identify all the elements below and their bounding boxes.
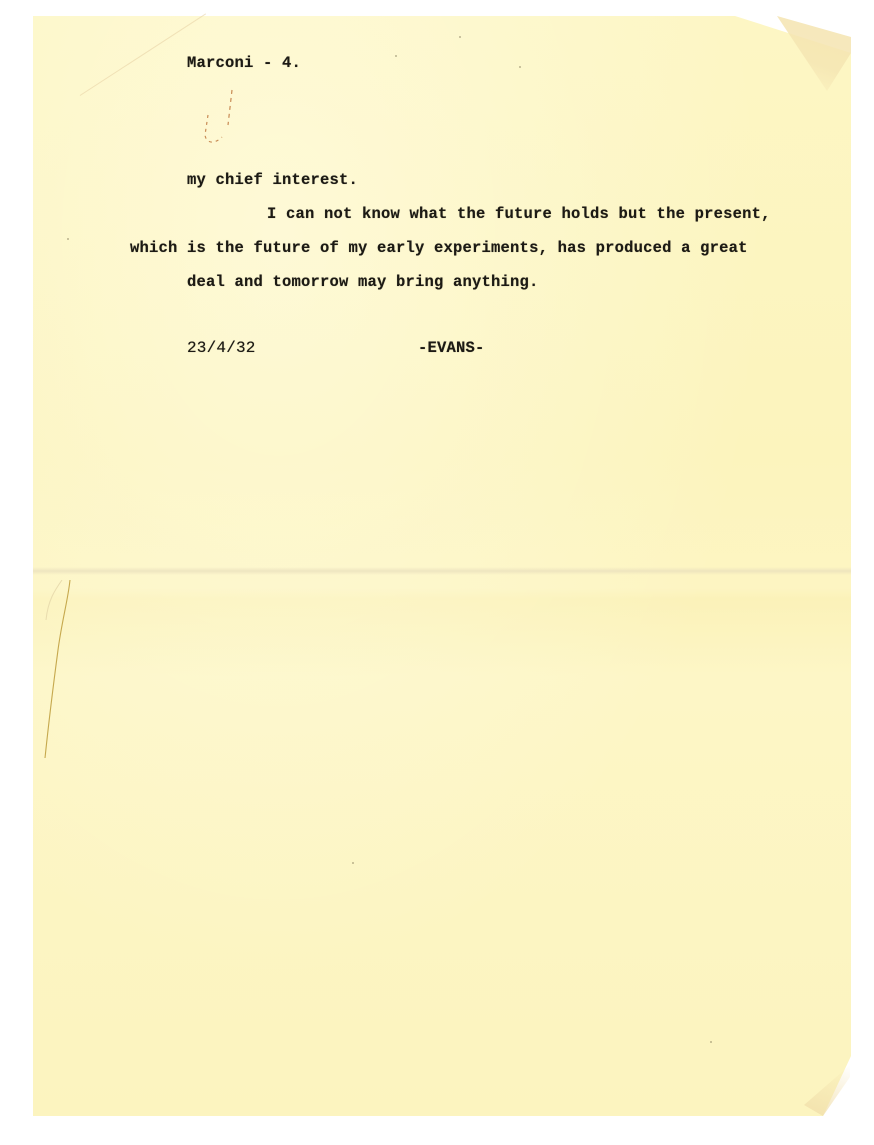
document-date: 23/4/32 xyxy=(187,339,256,357)
paper-speck xyxy=(67,238,69,240)
paper-tear-mark xyxy=(40,580,80,760)
body-line: deal and tomorrow may bring anything. xyxy=(187,273,539,291)
horizontal-fold-crease xyxy=(33,567,851,575)
handwritten-pencil-mark xyxy=(200,85,240,155)
body-line: which is the future of my early experime… xyxy=(130,239,748,257)
body-line: my chief interest. xyxy=(187,171,358,189)
paper-speck xyxy=(352,862,354,864)
signature: -EVANS- xyxy=(418,339,485,357)
paper-speck xyxy=(519,66,521,68)
paper-speck xyxy=(395,55,397,57)
page-header: Marconi - 4. xyxy=(187,54,301,72)
paper-sheet xyxy=(33,16,851,1116)
paper-speck xyxy=(710,1041,712,1043)
body-line: I can not know what the future holds but… xyxy=(267,205,771,223)
paper-speck xyxy=(459,36,461,38)
